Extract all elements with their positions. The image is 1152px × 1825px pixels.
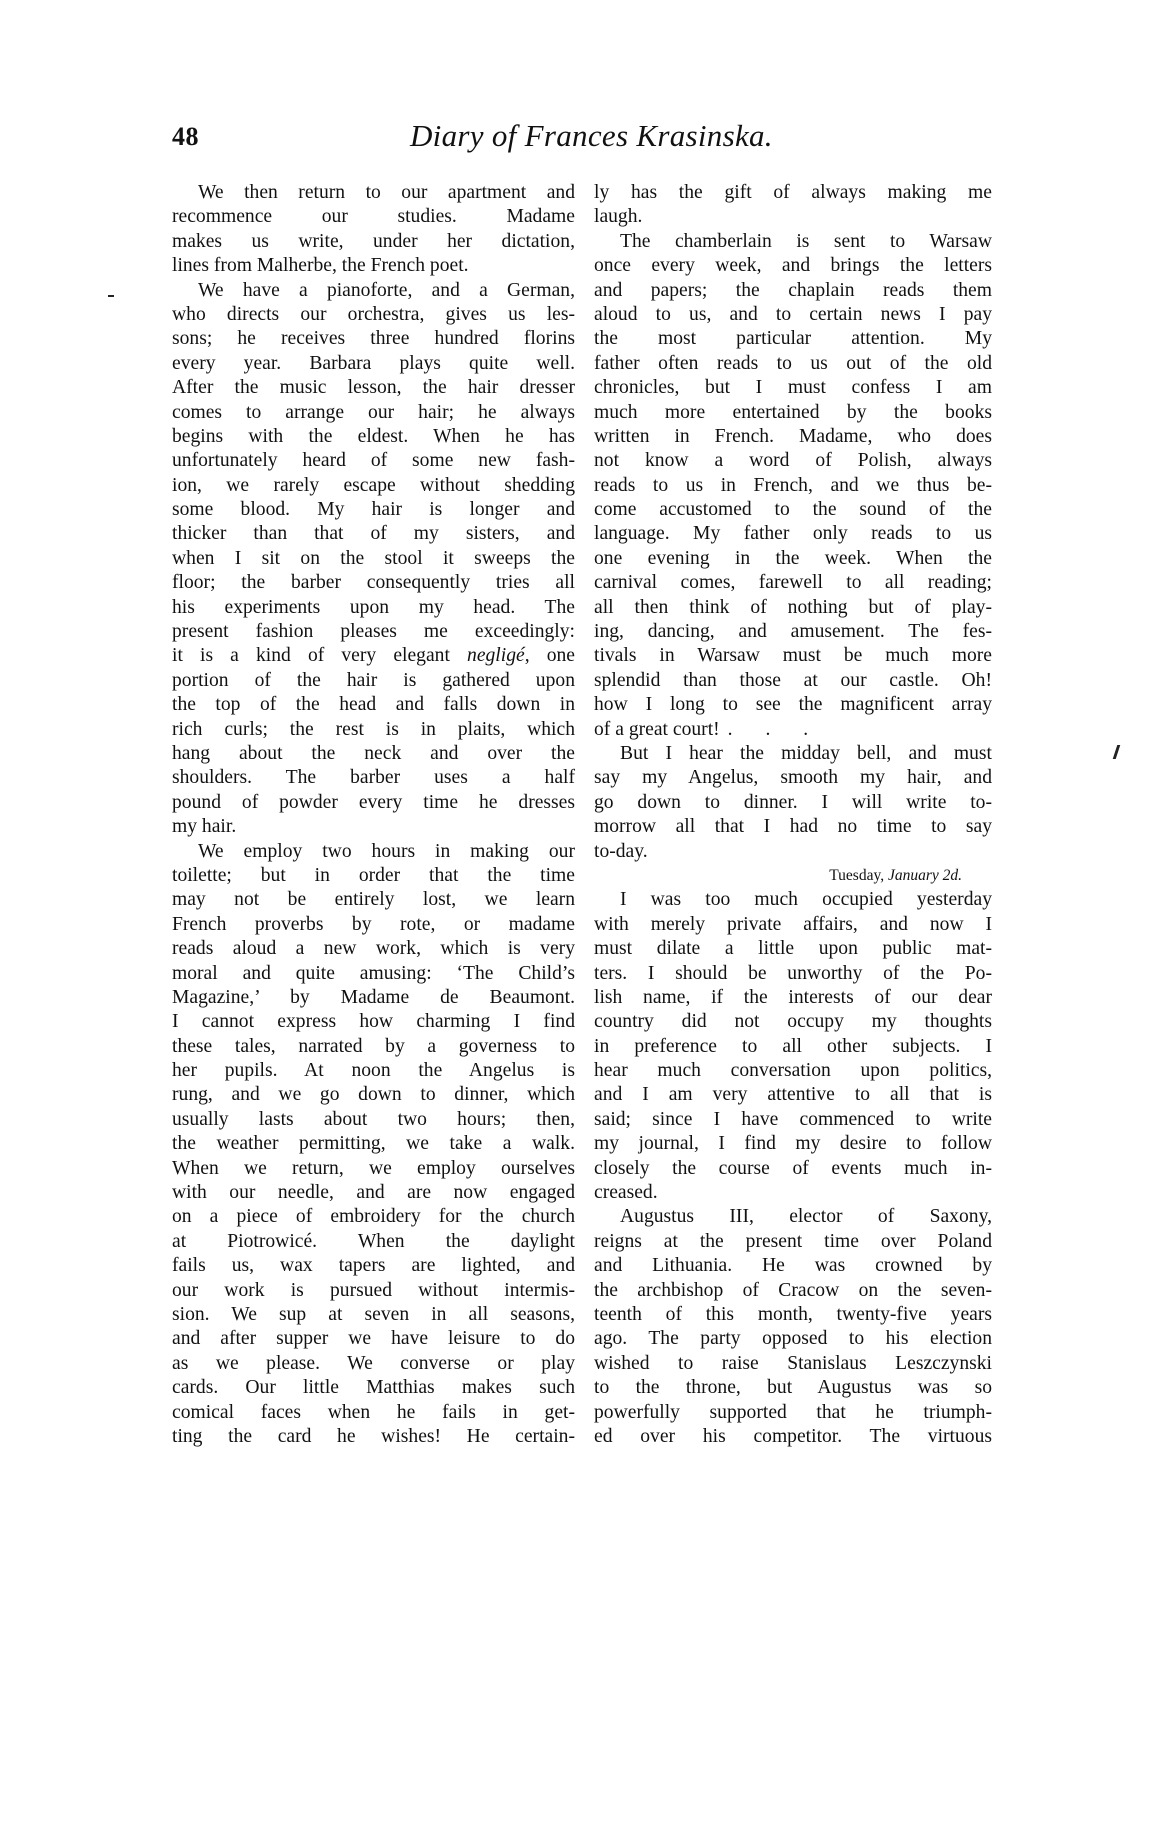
page-header: 48 Diary of Frances Krasinska. (172, 118, 992, 158)
line-text: my journal, I find my desire to follow (594, 1133, 992, 1154)
text-line: unfortunately heard of some new fash- (172, 449, 575, 473)
line-text: tivals in Warsaw must be much more (594, 645, 992, 666)
line-text: reads aloud a new work, which is very (172, 938, 575, 959)
text-line: portion of the hair is gathered upon (172, 669, 575, 693)
text-line: fails us, wax tapers are lighted, and (172, 1254, 575, 1278)
text-line: But I hear the midday bell, and must (594, 742, 992, 766)
text-line: much more entertained by the books (594, 401, 992, 425)
line-text: how I long to see the magnificent array (594, 694, 992, 715)
line-text: rung, and we go down to dinner, which (172, 1084, 575, 1105)
text-line: her pupils. At noon the Angelus is (172, 1059, 575, 1083)
line-text: our work is pursued without intermis- (172, 1280, 575, 1301)
line-text: at Piotrowicé. When the daylight (172, 1231, 575, 1252)
page-number: 48 (172, 122, 199, 152)
text-line: ly has the gift of always making me (594, 181, 992, 205)
line-text: Augustus III, elector of Saxony, (620, 1206, 992, 1227)
text-line: powerfully supported that he triumph- (594, 1401, 992, 1425)
line-text: much more entertained by the books (594, 402, 992, 423)
left-column: We then return to our apartment andrecom… (172, 181, 575, 1449)
text-line: thicker than that of my sisters, and (172, 522, 575, 546)
line-text: pound of powder every time he dresses (172, 792, 575, 813)
line-text: creased. (594, 1182, 658, 1203)
text-line: creased. (594, 1181, 992, 1205)
text-line: it is a kind of very elegant negligé, on… (172, 644, 575, 668)
text-line: who directs our orchestra, gives us les- (172, 303, 575, 327)
line-text: say my Angelus, smooth my hair, and (594, 767, 992, 788)
text-line: We have a pianoforte, and a German, (172, 279, 575, 303)
line-text: the weather permitting, we take a walk. (172, 1133, 575, 1154)
text-line: We employ two hours in making our (172, 840, 575, 864)
text-line: of a great court!. . . (594, 718, 992, 742)
line-text: rich curls; the rest is in plaits, which (172, 719, 575, 740)
line-text: not know a word of Polish, always (594, 450, 992, 471)
text-line: hang about the neck and over the (172, 742, 575, 766)
line-text: thicker than that of my sisters, and (172, 523, 575, 544)
text-line: When we return, we employ ourselves (172, 1157, 575, 1181)
text-line: ion, we rarely escape without shedding (172, 474, 575, 498)
line-text: go down to dinner. I will write to- (594, 792, 992, 813)
text-line: to the throne, but Augustus was so (594, 1376, 992, 1400)
text-line: I cannot express how charming I find (172, 1010, 575, 1034)
line-text: makes us write, under her dictation, (172, 231, 575, 252)
text-line: the most particular attention. My (594, 327, 992, 351)
text-line: at Piotrowicé. When the daylight (172, 1230, 575, 1254)
line-text: who directs our orchestra, gives us les- (172, 304, 575, 325)
dateline-day: Tuesday, (829, 867, 888, 884)
text-line: on a piece of embroidery for the church (172, 1205, 575, 1229)
line-text: said; since I have commenced to write (594, 1109, 992, 1130)
line-text: ing, dancing, and amusement. The fes- (594, 621, 992, 642)
line-text: ters. I should be unworthy of the Po- (594, 963, 992, 984)
line-text: splendid than those at our castle. Oh! (594, 670, 992, 691)
text-line: present fashion pleases me exceedingly: (172, 620, 575, 644)
text-line: when I sit on the stool it sweeps the (172, 547, 575, 571)
text-line: recommence our studies. Madame (172, 205, 575, 229)
dateline-date: January 2d. (888, 867, 962, 884)
line-text: every year. Barbara plays quite well. (172, 353, 575, 374)
line-text: to the throne, but Augustus was so (594, 1377, 992, 1398)
text-line: the weather permitting, we take a walk. (172, 1132, 575, 1156)
line-text: comes to arrange our hair; he always (172, 402, 575, 423)
line-text: and after supper we have leisure to do (172, 1328, 575, 1349)
text-line: laugh. (594, 205, 992, 229)
line-text: one evening in the week. When the (594, 548, 992, 569)
text-line: After the music lesson, the hair dresser (172, 376, 575, 400)
text-line: moral and quite amusing: ‘The Child’s (172, 962, 575, 986)
text-line: teenth of this month, twenty-five years (594, 1303, 992, 1327)
line-text: ting the card he wishes! He certain- (172, 1426, 575, 1447)
line-text: the archbishop of Cracow on the seven- (594, 1280, 992, 1301)
line-text: may not be entirely lost, we learn (172, 889, 575, 910)
line-text: toilette; but in order that the time (172, 865, 575, 886)
text-line: toilette; but in order that the time (172, 864, 575, 888)
text-line: usually lasts about two hours; then, (172, 1108, 575, 1132)
line-text: reigns at the present time over Poland (594, 1231, 992, 1252)
line-text: hear much conversation upon politics, (594, 1060, 992, 1081)
text-line: written in French. Madame, who does (594, 425, 992, 449)
text-line: his experiments upon my head. The (172, 596, 575, 620)
text-line: shoulders. The barber uses a half (172, 766, 575, 790)
text-line: go down to dinner. I will write to- (594, 791, 992, 815)
line-text: ly has the gift of always making me (594, 182, 992, 203)
line-text: wished to raise Stanislaus Leszczynski (594, 1353, 992, 1374)
text-line: may not be entirely lost, we learn (172, 888, 575, 912)
line-text: When we return, we employ ourselves (172, 1158, 575, 1179)
line-text: reads to us in French, and we thus be- (594, 475, 992, 496)
text-line: and Lithuania. He was crowned by (594, 1254, 992, 1278)
text-line: ters. I should be unworthy of the Po- (594, 962, 992, 986)
text-line: hear much conversation upon politics, (594, 1059, 992, 1083)
line-text: French proverbs by rote, or madame (172, 914, 575, 935)
text-line: with merely private affairs, and now I (594, 913, 992, 937)
text-line: country did not occupy my thoughts (594, 1010, 992, 1034)
line-text: After the music lesson, the hair dresser (172, 377, 575, 398)
text-line: all then think of nothing but of play- (594, 596, 992, 620)
line-text: and papers; the chaplain reads them (594, 280, 992, 301)
margin-ink-mark (1113, 745, 1121, 759)
text-line: reads aloud a new work, which is very (172, 937, 575, 961)
line-text: written in French. Madame, who does (594, 426, 992, 447)
text-line: reigns at the present time over Poland (594, 1230, 992, 1254)
line-text: teenth of this month, twenty-five years (594, 1304, 992, 1325)
text-line: carnival comes, farewell to all reading; (594, 571, 992, 595)
text-line: splendid than those at our castle. Oh! (594, 669, 992, 693)
text-line: the top of the head and falls down in (172, 693, 575, 717)
text-line: comes to arrange our hair; he always (172, 401, 575, 425)
line-text: closely the course of events much in- (594, 1158, 992, 1179)
text-line: morrow all that I had no time to say (594, 815, 992, 839)
entry-dateline: Tuesday, January 2d. (594, 864, 992, 888)
line-text: aloud to us, and to certain news I pay (594, 304, 992, 325)
line-text: present fashion pleases me exceedingly: (172, 621, 575, 642)
line-text: shoulders. The barber uses a half (172, 767, 575, 788)
text-line: how I long to see the magnificent array (594, 693, 992, 717)
line-text: her pupils. At noon the Angelus is (172, 1060, 575, 1081)
line-text: fails us, wax tapers are lighted, and (172, 1255, 575, 1276)
line-text: chronicles, but I must confess I am (594, 377, 992, 398)
line-text: Magazine,’ by Madame de Beaumont. (172, 987, 575, 1008)
text-line: my journal, I find my desire to follow (594, 1132, 992, 1156)
margin-ink-mark (108, 293, 116, 299)
text-line: reads to us in French, and we thus be- (594, 474, 992, 498)
text-line: and I am very attentive to all that is (594, 1083, 992, 1107)
line-text: with our needle, and are now engaged (172, 1182, 575, 1203)
line-text: I was too much occupied yesterday (620, 889, 992, 910)
line-text: all then think of nothing but of play- (594, 597, 992, 618)
line-text: of a great court! (594, 719, 720, 740)
line-text: these tales, narrated by a governess to (172, 1036, 575, 1057)
line-text: as we please. We converse or play (172, 1353, 575, 1374)
text-line: pound of powder every time he dresses (172, 791, 575, 815)
text-line: say my Angelus, smooth my hair, and (594, 766, 992, 790)
text-line: once every week, and brings the letters (594, 254, 992, 278)
line-text: But I hear the midday bell, and must (620, 743, 992, 764)
text-line: wished to raise Stanislaus Leszczynski (594, 1352, 992, 1376)
line-text: and Lithuania. He was crowned by (594, 1255, 992, 1276)
text-line: ed over his competitor. The virtuous (594, 1425, 992, 1449)
italic-word: negligé (467, 645, 525, 666)
line-text: cards. Our little Matthias makes such (172, 1377, 575, 1398)
text-line: these tales, narrated by a governess to (172, 1035, 575, 1059)
text-line: floor; the barber consequently tries all (172, 571, 575, 595)
line-text: when I sit on the stool it sweeps the (172, 548, 575, 569)
line-text: the most particular attention. My (594, 328, 992, 349)
text-line: begins with the eldest. When he has (172, 425, 575, 449)
line-text: father often reads to us out of the old (594, 353, 992, 374)
text-line: French proverbs by rote, or madame (172, 913, 575, 937)
line-text-after: , one (525, 645, 575, 666)
text-line: must dilate a little upon public mat- (594, 937, 992, 961)
line-text: floor; the barber consequently tries all (172, 572, 575, 593)
line-text: my hair. (172, 816, 236, 837)
line-text: moral and quite amusing: ‘The Child’s (172, 963, 575, 984)
line-text: ed over his competitor. The virtuous (594, 1426, 992, 1447)
text-line: some blood. My hair is longer and (172, 498, 575, 522)
text-line: closely the course of events much in- (594, 1157, 992, 1181)
text-line: cards. Our little Matthias makes such (172, 1376, 575, 1400)
line-text: to-day. (594, 841, 648, 862)
text-line: We then return to our apartment and (172, 181, 575, 205)
text-line: language. My father only reads to us (594, 522, 992, 546)
text-line: makes us write, under her dictation, (172, 230, 575, 254)
text-line: Magazine,’ by Madame de Beaumont. (172, 986, 575, 1010)
line-text: with merely private affairs, and now I (594, 914, 992, 935)
line-text: portion of the hair is gathered upon (172, 670, 575, 691)
text-line: chronicles, but I must confess I am (594, 376, 992, 400)
line-text: carnival comes, farewell to all reading; (594, 572, 992, 593)
text-line: said; since I have commenced to write (594, 1108, 992, 1132)
text-line: ting the card he wishes! He certain- (172, 1425, 575, 1449)
text-line: sons; he receives three hundred florins (172, 327, 575, 351)
line-text: on a piece of embroidery for the church (172, 1206, 575, 1227)
text-line: to-day. (594, 840, 992, 864)
line-text: begins with the eldest. When he has (172, 426, 575, 447)
text-line: ing, dancing, and amusement. The fes- (594, 620, 992, 644)
line-text: in preference to all other subjects. I (594, 1036, 992, 1057)
line-text: unfortunately heard of some new fash- (172, 450, 575, 471)
running-title: Diary of Frances Krasinska. (410, 118, 773, 154)
text-line: rung, and we go down to dinner, which (172, 1083, 575, 1107)
text-line: in preference to all other subjects. I (594, 1035, 992, 1059)
line-text: once every week, and brings the letters (594, 255, 992, 276)
text-line: the archbishop of Cracow on the seven- (594, 1279, 992, 1303)
text-line: every year. Barbara plays quite well. (172, 352, 575, 376)
line-text: some blood. My hair is longer and (172, 499, 575, 520)
text-line: The chamberlain is sent to Warsaw (594, 230, 992, 254)
text-line: and after supper we have leisure to do (172, 1327, 575, 1351)
line-text: We then return to our apartment and (198, 182, 575, 203)
line-text: the top of the head and falls down in (172, 694, 575, 715)
text-line: as we please. We converse or play (172, 1352, 575, 1376)
text-line: Augustus III, elector of Saxony, (594, 1205, 992, 1229)
text-line: come accustomed to the sound of the (594, 498, 992, 522)
line-text: his experiments upon my head. The (172, 597, 575, 618)
text-line: with our needle, and are now engaged (172, 1181, 575, 1205)
line-text: ion, we rarely escape without shedding (172, 475, 575, 496)
line-text: I cannot express how charming I find (172, 1011, 575, 1032)
line-text: it is a kind of very elegant (172, 645, 467, 666)
line-text: We employ two hours in making our (198, 841, 575, 862)
line-text: lines from Malherbe, the French poet. (172, 255, 469, 276)
line-text: country did not occupy my thoughts (594, 1011, 992, 1032)
line-text: comical faces when he fails in get- (172, 1402, 575, 1423)
line-text: We have a pianoforte, and a German, (198, 280, 575, 301)
line-text: lish name, if the interests of our dear (594, 987, 992, 1008)
text-line: sion. We sup at seven in all seasons, (172, 1303, 575, 1327)
text-line: tivals in Warsaw must be much more (594, 644, 992, 668)
text-line: comical faces when he fails in get- (172, 1401, 575, 1425)
ellipsis: . . . (720, 719, 823, 740)
text-line: lish name, if the interests of our dear (594, 986, 992, 1010)
line-text: come accustomed to the sound of the (594, 499, 992, 520)
line-text: powerfully supported that he triumph- (594, 1402, 992, 1423)
text-line: father often reads to us out of the old (594, 352, 992, 376)
line-text: laugh. (594, 206, 642, 227)
line-text: ago. The party opposed to his election (594, 1328, 992, 1349)
right-column: ly has the gift of always making melaugh… (594, 181, 992, 1449)
text-line: our work is pursued without intermis- (172, 1279, 575, 1303)
line-text: hang about the neck and over the (172, 743, 575, 764)
text-line: ago. The party opposed to his election (594, 1327, 992, 1351)
text-line: rich curls; the rest is in plaits, which (172, 718, 575, 742)
text-line: I was too much occupied yesterday (594, 888, 992, 912)
line-text: The chamberlain is sent to Warsaw (620, 231, 992, 252)
text-line: aloud to us, and to certain news I pay (594, 303, 992, 327)
text-line: and papers; the chaplain reads them (594, 279, 992, 303)
line-text: sion. We sup at seven in all seasons, (172, 1304, 575, 1325)
line-text: sons; he receives three hundred florins (172, 328, 575, 349)
line-text: language. My father only reads to us (594, 523, 992, 544)
line-text: usually lasts about two hours; then, (172, 1109, 575, 1130)
text-line: one evening in the week. When the (594, 547, 992, 571)
text-line: lines from Malherbe, the French poet. (172, 254, 575, 278)
text-line: not know a word of Polish, always (594, 449, 992, 473)
line-text: and I am very attentive to all that is (594, 1084, 992, 1105)
line-text: must dilate a little upon public mat- (594, 938, 992, 959)
line-text: morrow all that I had no time to say (594, 816, 992, 837)
text-line: my hair. (172, 815, 575, 839)
line-text: recommence our studies. Madame (172, 206, 575, 227)
